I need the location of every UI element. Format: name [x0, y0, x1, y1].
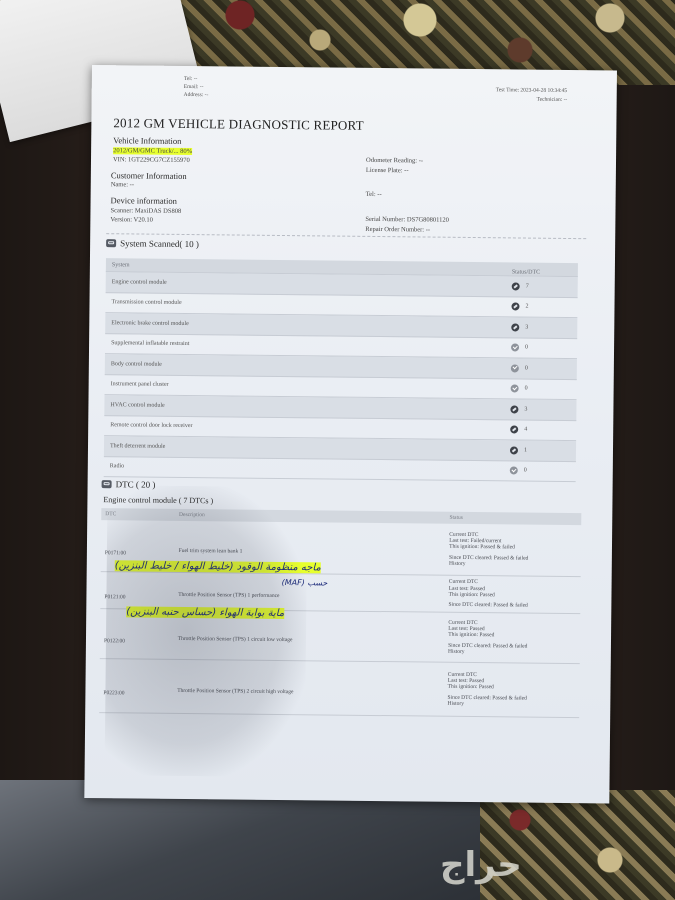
repair-order-number: Repair Order Number: --	[365, 226, 430, 234]
vehicle-model-text: 2012/GM/GMC Truck/... 80%	[113, 147, 192, 155]
handwritten-note-1-text: ماجه منظومة الوقود (خليط الهواء / خليط ا…	[115, 560, 321, 573]
dtc-title: DTC ( 20 )	[116, 479, 156, 489]
dtc-count: 1	[524, 447, 527, 453]
system-name: Supplemental inflatable restraint	[111, 340, 189, 347]
system-name: Transmission control module	[111, 299, 181, 306]
header-email: Email: --	[184, 84, 204, 90]
dtc-status-line: Since DTC cleared: Passed & failed	[449, 602, 577, 610]
scan-section-icon	[106, 239, 116, 247]
handwritten-note-3: ماية بوابة الهواء (حساس حنبه البنزين)	[126, 606, 284, 619]
system-status: 2	[511, 303, 571, 312]
system-status: 4	[510, 426, 570, 435]
dtc-heading: DTC ( 20 )	[102, 479, 156, 490]
check-circle-icon	[510, 467, 518, 475]
customer-tel: Tel: --	[366, 191, 382, 198]
system-row: Radio0	[104, 457, 576, 482]
dtc-section-icon	[102, 480, 112, 488]
dtc-row: P0223:00Throttle Position Sensor (TPS) 2…	[99, 659, 580, 718]
check-circle-icon	[511, 344, 519, 352]
vehicle-info-heading: Vehicle Information	[113, 135, 181, 146]
system-name: Body control module	[111, 361, 162, 368]
odometer-reading: Odometer Reading: --	[366, 157, 423, 165]
col-dtc: DTC	[105, 511, 179, 518]
system-name: Electronic brake control module	[111, 320, 189, 327]
dtc-count: 0	[525, 345, 528, 351]
system-scanned-title: System Scanned( 10 )	[120, 238, 199, 249]
dtc-status-line: History	[448, 649, 576, 657]
header-tel: Tel: --	[184, 76, 198, 82]
dtc-count: 0	[525, 386, 528, 392]
dtc-code: P0122:00	[104, 624, 178, 645]
wrench-circle-icon	[510, 446, 518, 454]
handwritten-note-1: ماجه منظومة الوقود (خليط الهواء / خليط ا…	[115, 560, 321, 573]
device-serial: Serial Number: DS7G80801120	[365, 216, 449, 224]
system-name: Remote control door lock receiver	[110, 422, 192, 429]
system-scanned-heading: System Scanned( 10 )	[106, 238, 199, 249]
dtc-table-body: P0171:00Fuel trim system lean bank 1Curr…	[99, 520, 581, 718]
wrench-circle-icon	[510, 405, 518, 413]
dtc-description: Throttle Position Sensor (TPS) 2 circuit…	[177, 679, 448, 696]
customer-name: Name: --	[111, 181, 134, 188]
dtc-description: Throttle Position Sensor (TPS) 1 circuit…	[178, 627, 449, 644]
device-scanner: Scanner: MaxiDAS DS808	[110, 207, 181, 215]
col-system: System	[112, 262, 130, 268]
handwritten-note-3-text: ماية بوابة الهواء (حساس حنبه البنزين)	[126, 606, 284, 619]
dtc-code: P0121:00	[104, 580, 178, 601]
dtc-description: Fuel trim system lean bank 1	[179, 539, 450, 556]
test-time: Test Time: 2023-04-28 10:34:45	[496, 87, 567, 94]
col-status-dtc: Status/DTC	[512, 263, 572, 276]
system-status: 7	[512, 282, 572, 291]
col-description: Description	[179, 512, 449, 521]
device-info-heading: Device information	[111, 195, 177, 206]
dtc-status-line: History	[447, 701, 575, 709]
dtc-code: P0223:00	[103, 676, 177, 697]
wrench-circle-icon	[511, 303, 519, 311]
system-name: HVAC control module	[110, 402, 164, 409]
wrench-circle-icon	[512, 282, 520, 290]
check-circle-icon	[511, 364, 519, 372]
vehicle-vin: VIN: 1GT229CG7CZ155970	[113, 156, 190, 164]
license-plate: License Plate: --	[366, 167, 409, 174]
wrench-circle-icon	[510, 426, 518, 434]
system-name: Engine control module	[112, 279, 167, 286]
wrench-circle-icon	[511, 323, 519, 331]
dtc-count: 0	[525, 365, 528, 371]
dtc-count: 4	[524, 427, 527, 433]
device-version: Version: V20.10	[110, 216, 153, 223]
dtc-code: P0171:00	[105, 536, 179, 557]
system-scanned-table: System Status/DTC Engine control module7…	[104, 258, 578, 482]
technician: Technician: --	[537, 97, 568, 103]
check-circle-icon	[511, 385, 519, 393]
system-status: 0	[510, 467, 570, 476]
system-status: 0	[511, 364, 571, 373]
system-name: Theft deterrent module	[110, 443, 165, 450]
customer-info-heading: Customer Information	[111, 170, 187, 181]
system-status: 0	[511, 385, 571, 394]
diagnostic-report-page: Tel: -- Email: -- Address: -- Test Time:…	[84, 65, 617, 803]
dtc-count: 0	[524, 468, 527, 474]
dtc-count: 3	[525, 324, 528, 330]
system-status: 0	[511, 344, 571, 353]
dtc-status: Current DTCLast test: PassedThis ignitio…	[448, 620, 576, 657]
system-table-body: Engine control module7Transmission contr…	[104, 272, 578, 482]
vehicle-model: 2012/GM/GMC Truck/... 80%	[113, 147, 192, 155]
dtc-count: 2	[525, 304, 528, 310]
system-name: Radio	[110, 463, 124, 469]
system-name: Instrument panel cluster	[111, 381, 169, 388]
col-status: Status	[449, 515, 577, 523]
dtc-count: 7	[526, 283, 529, 289]
header-address: Address: --	[184, 92, 209, 98]
system-status: 3	[510, 405, 570, 414]
dtc-status-line: History	[449, 561, 577, 569]
handwritten-note-2: حسب (MAF)	[282, 578, 328, 587]
report-title: 2012 GM VEHICLE DIAGNOSTIC REPORT	[113, 115, 364, 134]
dtc-status: Current DTCLast test: PassedThis ignitio…	[449, 579, 577, 610]
dtc-count: 3	[524, 406, 527, 412]
dtc-status: Current DTCLast test: Failed/currentThis…	[449, 532, 577, 569]
dtc-status: Current DTCLast test: PassedThis ignitio…	[447, 672, 575, 709]
system-status: 1	[510, 446, 570, 455]
watermark-logo: حراج	[440, 845, 522, 885]
system-status: 3	[511, 323, 571, 332]
dtc-module-heading: Engine control module ( 7 DTCs )	[103, 495, 213, 505]
